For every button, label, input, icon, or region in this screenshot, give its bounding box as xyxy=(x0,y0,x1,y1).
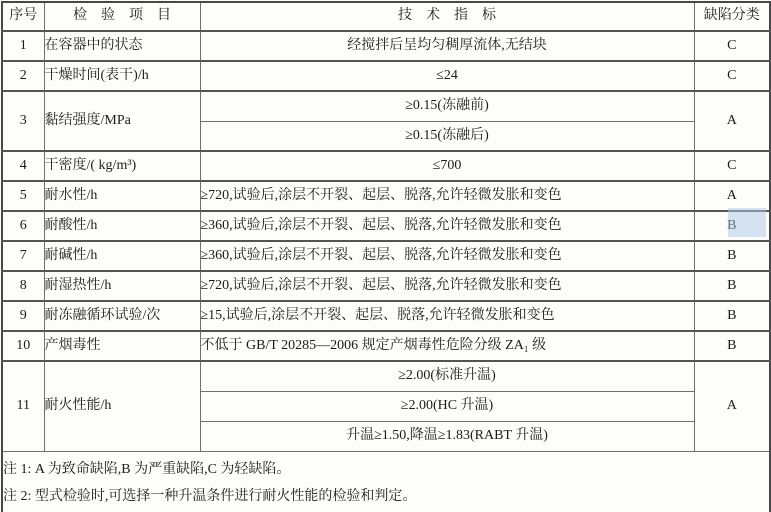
item-cell: 耐酸性/h xyxy=(44,211,200,241)
column-header-spec: 技 术 指 标 xyxy=(200,2,694,31)
grade-cell: C xyxy=(694,151,770,181)
grade-cell: B xyxy=(694,271,770,301)
table-row-8: 8 耐湿热性/h ≥720,试验后,涂层不开裂、起层、脱落,允许轻微发胀和变色 … xyxy=(2,271,770,301)
table-row-5: 5 耐水性/h ≥720,试验后,涂层不开裂、起层、脱落,允许轻微发胀和变色 A xyxy=(2,181,770,211)
spec-cell: ≥720,试验后,涂层不开裂、起层、脱落,允许轻微发胀和变色 xyxy=(200,181,694,211)
serial-cell: 11 xyxy=(2,361,44,451)
item-cell: 耐水性/h xyxy=(44,181,200,211)
inspection-spec-table: 序号 检 验 项 目 技 术 指 标 缺陷分类 1 在容器中的状态 经搅拌后呈均… xyxy=(1,1,771,512)
item-cell: 干密度/( kg/m³) xyxy=(44,151,200,181)
item-cell: 黏结强度/MPa xyxy=(44,91,200,151)
item-cell: 产烟毒性 xyxy=(44,331,200,361)
table-row-2: 2 干燥时间(表干)/h ≤24 C xyxy=(2,61,770,91)
header-row: 序号 检 验 项 目 技 术 指 标 缺陷分类 xyxy=(2,2,770,31)
note-2: 注 2: 型式检验时,可选择一种升温条件进行耐火性能的检验和判定。 xyxy=(3,483,769,510)
table-row-10: 10 产烟毒性 不低于 GB/T 20285—2006 规定产烟毒性危险分级 Z… xyxy=(2,331,770,361)
serial-cell: 9 xyxy=(2,301,44,331)
spec-cell: ≥0.15(冻融后) xyxy=(200,121,694,151)
notes-cell: 注 1: A 为致命缺陷,B 为严重缺陷,C 为轻缺陷。 注 2: 型式检验时,… xyxy=(2,451,770,512)
item-cell: 干燥时间(表干)/h xyxy=(44,61,200,91)
spec-cell: ≥720,试验后,涂层不开裂、起层、脱落,允许轻微发胀和变色 xyxy=(200,271,694,301)
document-page: 序号 检 验 项 目 技 术 指 标 缺陷分类 1 在容器中的状态 经搅拌后呈均… xyxy=(0,0,771,512)
table-row-9: 9 耐冻融循环试验/次 ≥15,试验后,涂层不开裂、起层、脱落,允许轻微发胀和变… xyxy=(2,301,770,331)
table-row-3: 3 黏结强度/MPa ≥0.15(冻融前) A xyxy=(2,91,770,121)
table-row-11: 11 耐火性能/h ≥2.00(标准升温) A xyxy=(2,361,770,391)
grade-cell: C xyxy=(694,31,770,61)
table-row-7: 7 耐碱性/h ≥360,试验后,涂层不开裂、起层、脱落,允许轻微发胀和变色 B xyxy=(2,241,770,271)
spec-cell: ≥2.00(标准升温) xyxy=(200,361,694,391)
table-row-4: 4 干密度/( kg/m³) ≤700 C xyxy=(2,151,770,181)
grade-cell: B xyxy=(694,331,770,361)
grade-cell: C xyxy=(694,61,770,91)
grade-cell: A xyxy=(694,181,770,211)
serial-cell: 6 xyxy=(2,211,44,241)
item-cell: 在容器中的状态 xyxy=(44,31,200,61)
spec-cell: ≤24 xyxy=(200,61,694,91)
spec-cell: ≤700 xyxy=(200,151,694,181)
serial-cell: 4 xyxy=(2,151,44,181)
item-cell: 耐火性能/h xyxy=(44,361,200,451)
item-cell: 耐湿热性/h xyxy=(44,271,200,301)
spec-cell: ≥360,试验后,涂层不开裂、起层、脱落,允许轻微发胀和变色 xyxy=(200,241,694,271)
spec-cell: ≥2.00(HC 升温) xyxy=(200,391,694,421)
spec-cell: ≥15,试验后,涂层不开裂、起层、脱落,允许轻微发胀和变色 xyxy=(200,301,694,331)
serial-cell: 8 xyxy=(2,271,44,301)
grade-cell: B xyxy=(694,241,770,271)
grade-cell: A xyxy=(694,361,770,451)
notes-row: 注 1: A 为致命缺陷,B 为严重缺陷,C 为轻缺陷。 注 2: 型式检验时,… xyxy=(2,451,770,512)
grade-cell: A xyxy=(694,91,770,151)
serial-cell: 1 xyxy=(2,31,44,61)
serial-cell: 10 xyxy=(2,331,44,361)
grade-value: B xyxy=(727,218,736,233)
column-header-grade: 缺陷分类 xyxy=(694,2,770,31)
column-header-serial: 序号 xyxy=(2,2,44,31)
serial-cell: 7 xyxy=(2,241,44,271)
serial-cell: 2 xyxy=(2,61,44,91)
note-1: 注 1: A 为致命缺陷,B 为严重缺陷,C 为轻缺陷。 xyxy=(3,456,769,483)
grade-cell: B xyxy=(694,301,770,331)
spec-cell: 不低于 GB/T 20285—2006 规定产烟毒性危险分级 ZA₁ 级 xyxy=(200,331,694,361)
spec-cell: 升温≥1.50,降温≥1.83(RABT 升温) xyxy=(200,421,694,451)
item-cell: 耐冻融循环试验/次 xyxy=(44,301,200,331)
column-header-item: 检 验 项 目 xyxy=(44,2,200,31)
spec-cell: ≥0.15(冻融前) xyxy=(200,91,694,121)
item-cell: 耐碱性/h xyxy=(44,241,200,271)
table-row-6: 6 耐酸性/h ≥360,试验后,涂层不开裂、起层、脱落,允许轻微发胀和变色 B xyxy=(2,211,770,241)
serial-cell: 5 xyxy=(2,181,44,211)
serial-cell: 3 xyxy=(2,91,44,151)
spec-cell: ≥360,试验后,涂层不开裂、起层、脱落,允许轻微发胀和变色 xyxy=(200,211,694,241)
grade-cell: B xyxy=(694,211,770,241)
table-row-1: 1 在容器中的状态 经搅拌后呈均匀稠厚流体,无结块 C xyxy=(2,31,770,61)
spec-cell: 经搅拌后呈均匀稠厚流体,无结块 xyxy=(200,31,694,61)
